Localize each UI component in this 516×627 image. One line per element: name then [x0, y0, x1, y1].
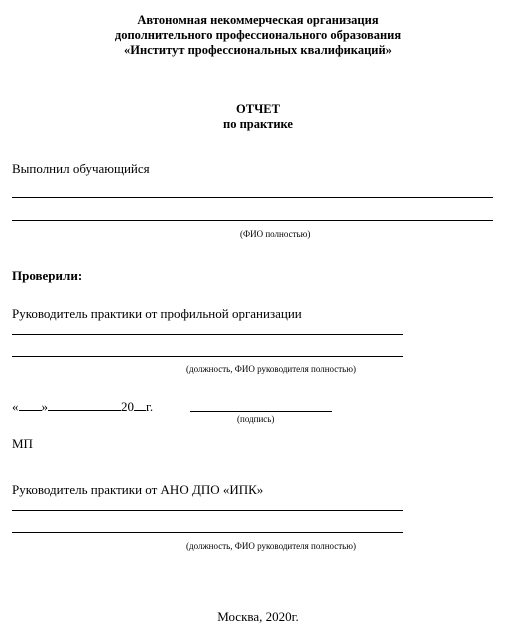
institute-supervisor-caption: (должность, ФИО руководителя полностью) [186, 541, 356, 552]
stamp-label: МП [12, 436, 33, 451]
year-prefix: 20 [121, 399, 134, 414]
reviewers-heading: Проверили: [12, 268, 82, 283]
student-name-line-2[interactable] [12, 220, 493, 221]
institute-supervisor-label: Руководитель практики от АНО ДПО «ИПК» [12, 482, 263, 497]
student-label: Выполнил обучающийся [12, 161, 150, 176]
profile-supervisor-line-1[interactable] [12, 334, 403, 335]
month-blank[interactable] [48, 398, 121, 411]
signature-caption: (подпись) [237, 414, 274, 425]
document-subtitle: по практике [0, 117, 516, 132]
city-year: Москва, 2020г. [0, 609, 516, 624]
institute-supervisor-line-2[interactable] [12, 532, 403, 533]
student-caption: (ФИО полностью) [240, 229, 310, 240]
signature-line[interactable] [190, 411, 332, 412]
org-name-line-2: дополнительного профессионального образо… [0, 28, 516, 43]
student-name-line-1[interactable] [12, 197, 493, 198]
profile-supervisor-line-2[interactable] [12, 356, 403, 357]
year-blank[interactable] [134, 398, 146, 411]
profile-supervisor-label: Руководитель практики от профильной орга… [12, 306, 302, 321]
document-title: ОТЧЕТ [0, 102, 516, 117]
org-name-line-1: Автономная некоммерческая организация [0, 13, 516, 28]
institute-supervisor-line-1[interactable] [12, 510, 403, 511]
year-suffix: г. [146, 399, 153, 414]
date-field[interactable]: «»20г. [12, 398, 153, 414]
profile-supervisor-caption: (должность, ФИО руководителя полностью) [186, 364, 356, 375]
day-blank[interactable] [19, 398, 42, 411]
org-name-line-3: «Институт профессиональных квалификаций» [0, 43, 516, 58]
